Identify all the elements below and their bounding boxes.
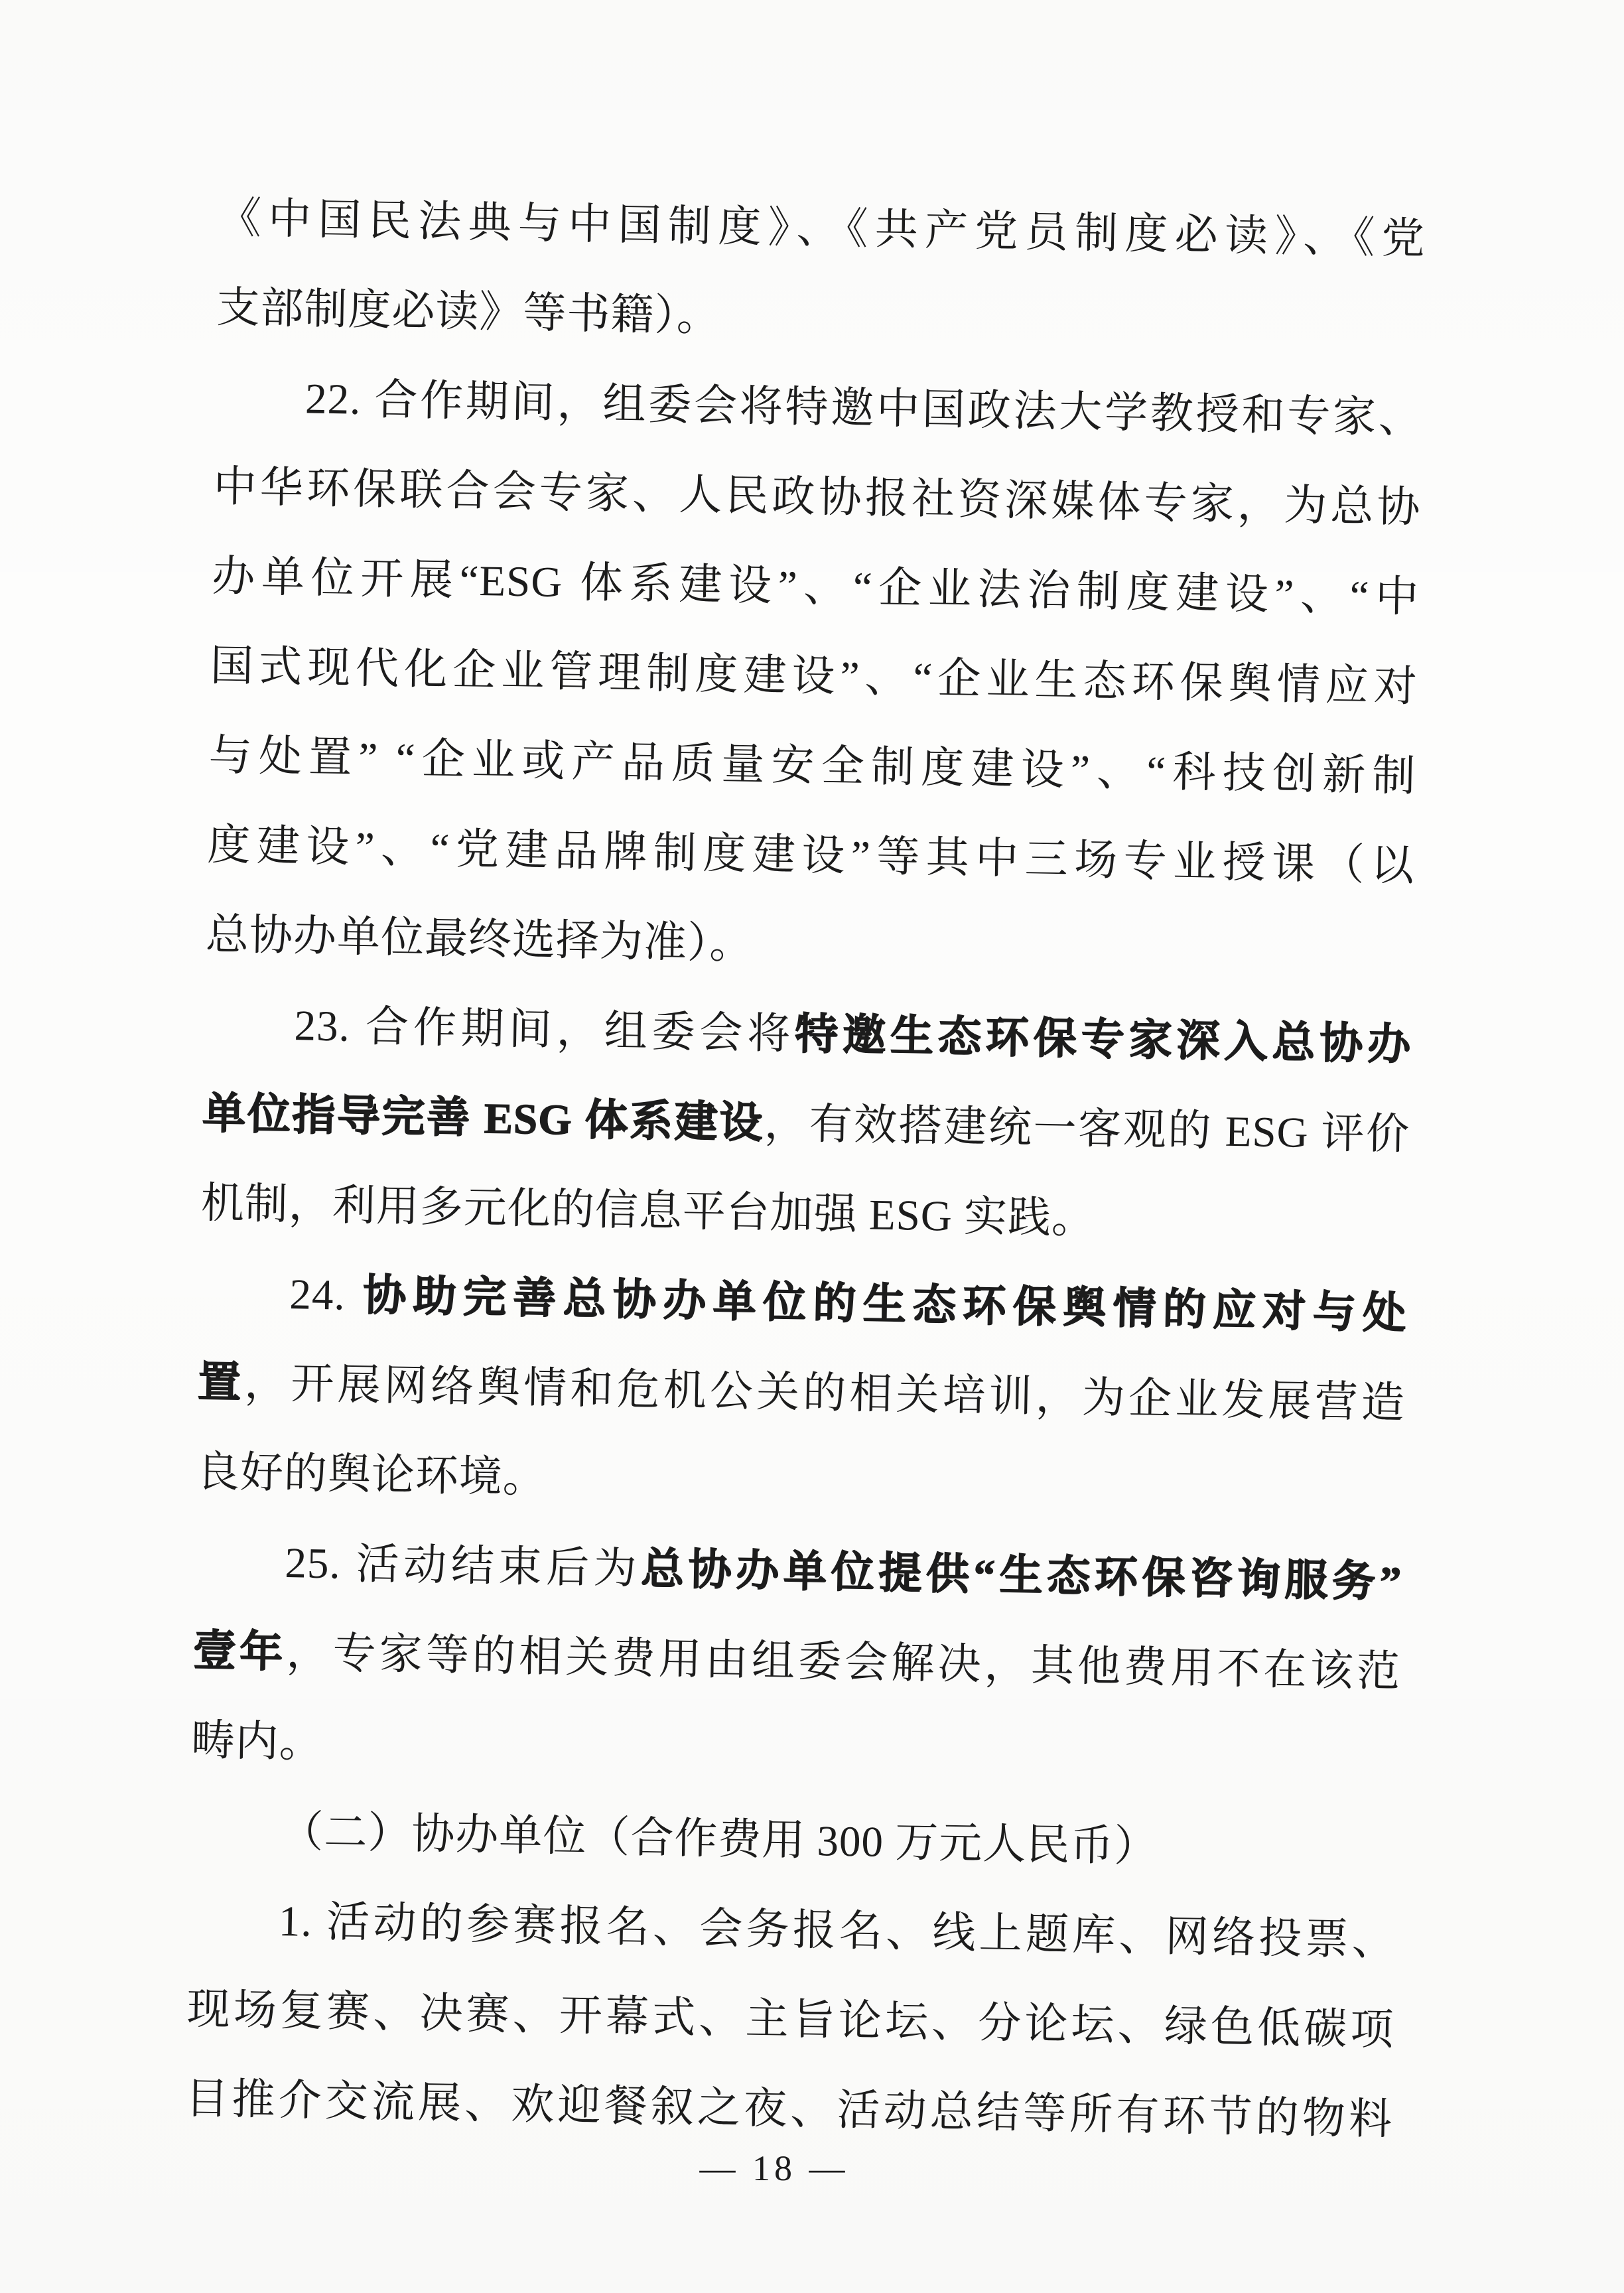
text-segment: ，专家等的相关费用由组委会解决，其他费用不在该范 [286,1629,1401,1696]
page-number: — 18 — [700,2148,849,2188]
text-segment-bold: 置 [198,1359,245,1407]
text-segment-bold: 协助完善总协办单位的生态环保舆情的应对与处 [363,1272,1407,1338]
text-segment: 支部制度必读》等书籍）。 [216,284,721,340]
text-segment: 25. 活动结束后为 [285,1539,642,1593]
text-segment-bold: 总协办单位提供“生态环保咨询服务” [641,1545,1402,1606]
text-segment: 《中国民法典与中国制度》、《共产党员制度必读》、《党 [218,194,1426,263]
text-segment: 24. [289,1271,364,1320]
text-segment-bold: 特邀生态环保专家深入总协办 [795,1010,1412,1069]
text-segment: 度建设”、“党建品牌制度建设”等其中三场专业授课（以 [207,821,1415,890]
text-segment: 总协办单位最终选择为准）。 [205,911,754,968]
text-segment: 办单位开展“ESG 体系建设”、“企业法治制度建设”、“中 [212,553,1420,622]
text-segment: ，开展网络舆情和危机公关的相关培训，为企业发展营造 [244,1359,1406,1428]
text-segment: （二）协办单位（合作费用 300 万元人民币） [280,1808,1158,1871]
text-segment: 国式现代化企业管理制度建设”、“企业生态环保舆情应对 [210,642,1418,711]
text-segment: 机制，利用多元化的信息平台加强 ESG 实践。 [200,1180,1095,1243]
text-segment: ，有效搭建统一客观的 ESG 评价 [764,1100,1410,1159]
text-segment-bold: 单位指导完善 ESG 体系建设 [202,1090,765,1148]
page-footer: — 18 — [700,2147,849,2189]
document-page: 《中国民法典与中国制度》、《共产党员制度必读》、《党支部制度必读》等书籍）。22… [0,0,1624,2293]
text-segment: 畴内。 [191,1717,323,1767]
text-segment: 22. 合作期间，组委会将特邀中国政法大学教授和专家、 [304,375,1422,442]
document-body: 《中国民法典与中国制度》、《共产党员制度必读》、《党支部制度必读》等书籍）。22… [184,174,1426,2165]
text-segment: 良好的舆论环境。 [196,1448,547,1502]
text-segment-bold: 壹年 [193,1628,287,1677]
text-segment: 与处置” “企业或产品质量安全制度建设”、“科技创新制 [208,732,1416,801]
text-segment: 1. 活动的参赛报名、会务报名、线上题库、网络投票、 [278,1898,1396,1965]
text-segment: 23. 合作期间，组委会将 [294,1002,795,1058]
text-segment: 现场复赛、决赛、开幕式、主旨论坛、分论坛、绿色低碳项 [186,1986,1394,2055]
text-segment: 中华环保联合会专家、人民政协报社资深媒体专家，为总协 [213,463,1421,532]
text-segment: 目推介交流展、欢迎餐叙之夜、活动总结等所有环节的物料 [185,2075,1393,2144]
